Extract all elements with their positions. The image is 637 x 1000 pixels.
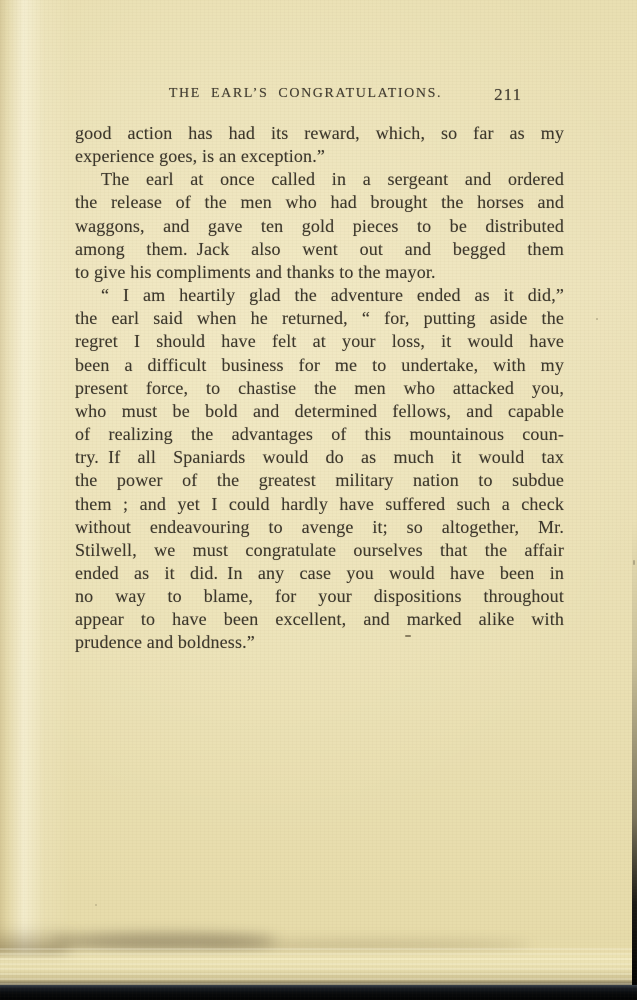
text-line: experience goes, is an exception.” xyxy=(75,145,564,168)
text-line: no way to blame, for your dispositions t… xyxy=(75,585,564,608)
text-line: been a difficult business for me to unde… xyxy=(75,354,564,377)
paragraph: good action has had its reward, which, s… xyxy=(75,122,564,168)
text-line: regret I should have felt at your loss, … xyxy=(75,330,564,353)
text-line: who must be bold and determined fellows,… xyxy=(75,400,564,423)
running-head: THE EARL’S CONGRATULATIONS. 211 xyxy=(75,86,564,106)
text-line: the power of the greatest military natio… xyxy=(75,469,564,492)
text-line: present force, to chastise the men who a… xyxy=(75,377,564,400)
page-number: 211 xyxy=(494,85,522,105)
text-line: to give his compliments and thanks to th… xyxy=(75,261,564,284)
text-line: prudence and boldness.” xyxy=(75,631,564,654)
book-right-edge-shadow xyxy=(632,520,637,1000)
book-fore-edge xyxy=(0,948,637,986)
book-page-scan: THE EARL’S CONGRATULATIONS. 211 good act… xyxy=(0,0,637,1000)
text-line: waggons, and gave ten gold pieces to be … xyxy=(75,215,564,238)
text-line: Stilwell, we must congratulate ourselves… xyxy=(75,539,564,562)
paragraph: The earl at once called in a sergeant an… xyxy=(75,168,564,284)
text-line: of realizing the advantages of this moun… xyxy=(75,423,564,446)
paper-speck xyxy=(596,318,598,320)
paper-speck xyxy=(633,560,635,565)
print-artifact-speck xyxy=(405,635,411,637)
paper-speck xyxy=(95,904,97,906)
text-line: them ; and yet I could hardly have suffe… xyxy=(75,493,564,516)
text-line: The earl at once called in a sergeant an… xyxy=(75,168,564,191)
text-line: good action has had its reward, which, s… xyxy=(75,122,564,145)
scan-background-band xyxy=(0,985,637,1000)
paragraph: “ I am heartily glad the adventure ended… xyxy=(75,284,564,655)
page-header-title: THE EARL’S CONGRATULATIONS. xyxy=(61,86,550,102)
text-line: without endeavouring to avenge it; so al… xyxy=(75,516,564,539)
text-line: “ I am heartily glad the adventure ended… xyxy=(75,284,564,307)
text-line: the release of the men who had brought t… xyxy=(75,191,564,214)
text-line: the earl said when he returned, “ for, p… xyxy=(75,307,564,330)
text-line: appear to have been excellent, and marke… xyxy=(75,608,564,631)
text-line: try. If all Spaniards would do as much i… xyxy=(75,446,564,469)
text-line: among them. Jack also went out and begge… xyxy=(75,238,564,261)
text-line: ended as it did. In any case you would h… xyxy=(75,562,564,585)
body-text: good action has had its reward, which, s… xyxy=(75,122,564,655)
